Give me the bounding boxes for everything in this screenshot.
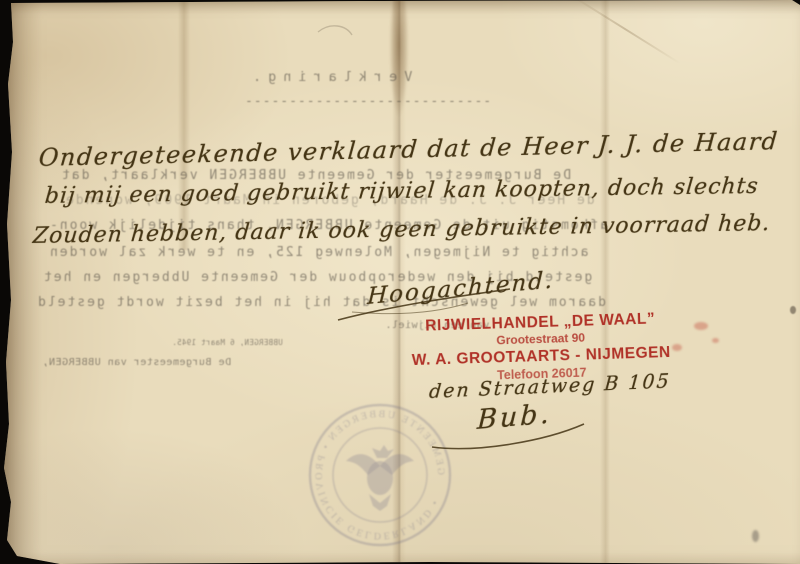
dealer-rubber-stamp: RIJWIELHANDEL „DE WAAL” Grootestraat 90 … bbox=[401, 310, 681, 387]
handwritten-signature: Bub. bbox=[476, 398, 552, 436]
pencil-scribble bbox=[318, 26, 352, 35]
ink-speck bbox=[752, 530, 759, 542]
red-ink-smudge bbox=[712, 338, 719, 343]
bleedthrough-line: daarom wel gewenscht is dat hij in het b… bbox=[36, 295, 606, 310]
fold-crease-right bbox=[600, 0, 610, 564]
bleedthrough-date-line: UBBERGEN, 6 Maart 1945. bbox=[172, 338, 283, 347]
bleedthrough-title: Verklaring. bbox=[246, 69, 412, 85]
svg-text:GEMEENTE UBBERGEN • PROVINCIE: GEMEENTE UBBERGEN • PROVINCIE GELDERLAND… bbox=[314, 409, 446, 541]
red-ink-smudge bbox=[694, 322, 708, 330]
municipal-seal-stamp: GEMEENTE UBBERGEN • PROVINCIE GELDERLAND… bbox=[285, 388, 475, 562]
bleedthrough-title-underline: ---------------------------- bbox=[244, 94, 491, 109]
aged-paper-sheet: Verklaring. ----------------------------… bbox=[0, 0, 800, 564]
handwritten-line-1: Ondergeteekende verklaard dat de Heer J.… bbox=[38, 127, 780, 172]
bleedthrough-signoff-line: De Burgemeester van UBBERGEN, bbox=[42, 357, 231, 368]
wrinkle-line bbox=[569, 0, 680, 64]
seal-eagle-emblem bbox=[346, 445, 414, 511]
seal-ring-text: GEMEENTE UBBERGEN • PROVINCIE GELDERLAND… bbox=[314, 409, 446, 541]
handwritten-line-3: Zouden hebben, daar ik ook geen gebruikt… bbox=[32, 211, 772, 249]
fold-crease-left bbox=[178, 0, 190, 250]
edge-speck bbox=[790, 306, 796, 314]
